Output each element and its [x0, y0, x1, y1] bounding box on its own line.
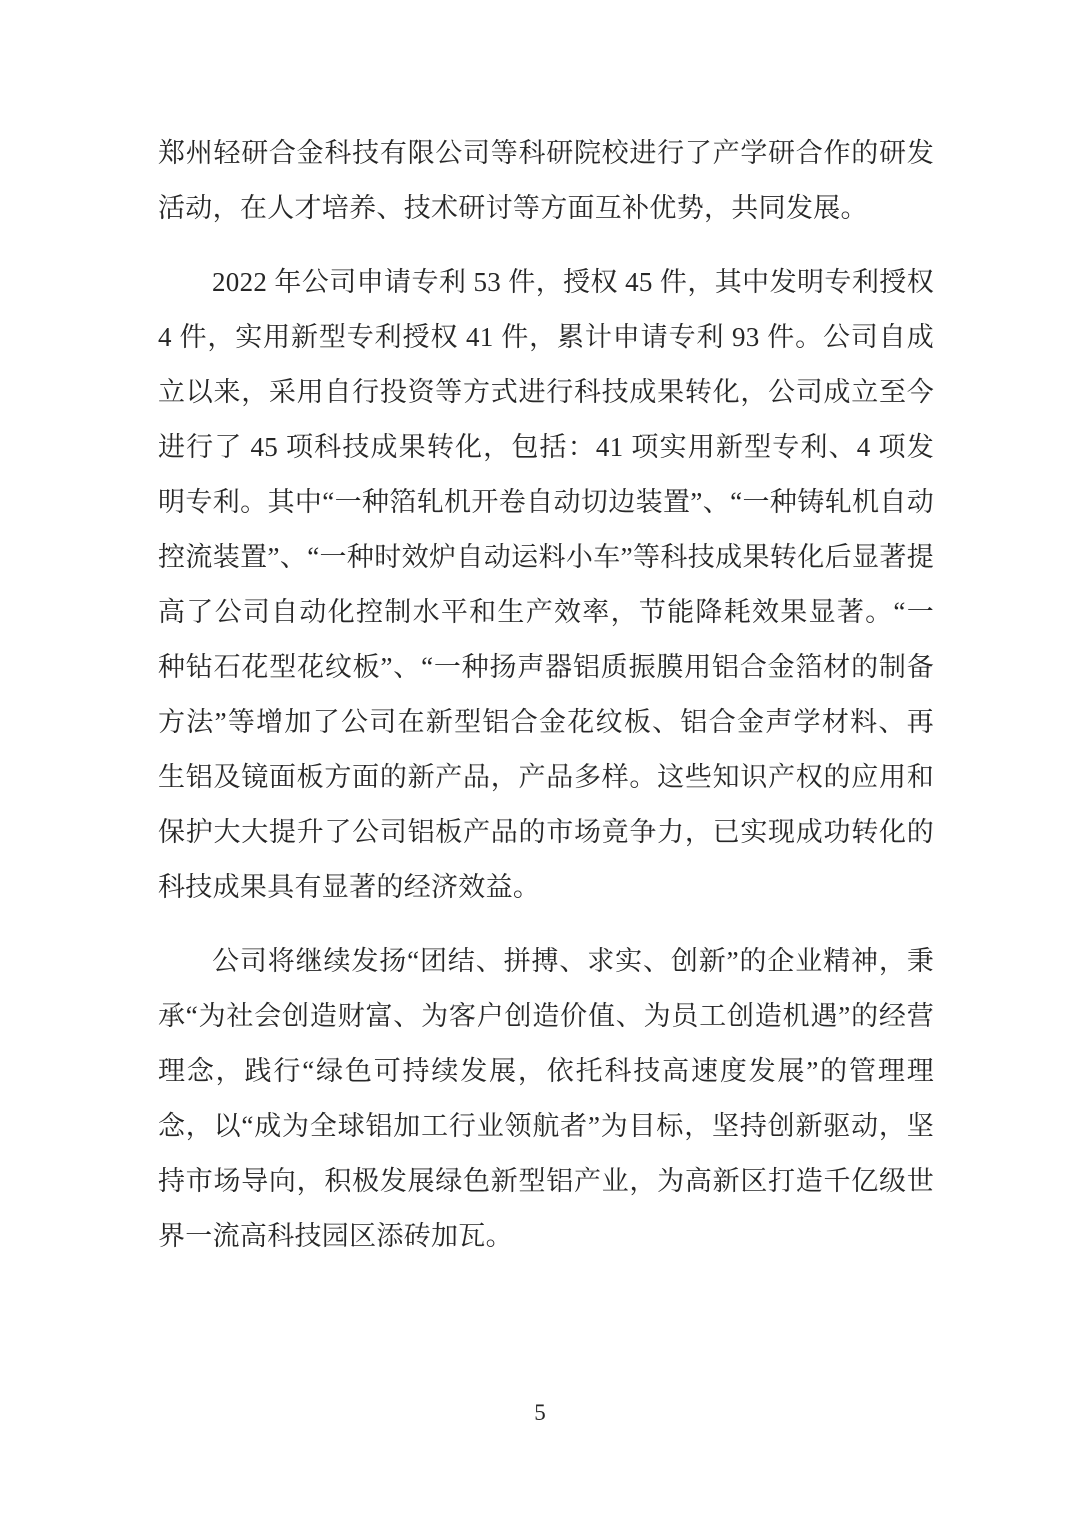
page-number: 5 [534, 1398, 546, 1428]
paragraph-continuation: 郑州轻研合金科技有限公司等科研院校进行了产学研合作的研发活动，在人才培养、技术研… [158, 126, 934, 236]
paragraph-patents-2022: 2022 年公司申请专利 53 件，授权 45 件，其中发明专利授权 4 件，实… [158, 255, 934, 915]
body-text: 郑州轻研合金科技有限公司等科研院校进行了产学研合作的研发活动，在人才培养、技术研… [158, 126, 934, 1283]
paragraph-company-vision: 公司将继续发扬“团结、拼搏、求实、创新”的企业精神，秉承“为社会创造财富、为客户… [158, 934, 934, 1264]
page-footer: 5 [0, 1398, 1080, 1428]
document-page: 郑州轻研合金科技有限公司等科研院校进行了产学研合作的研发活动，在人才培养、技术研… [0, 0, 1080, 1528]
